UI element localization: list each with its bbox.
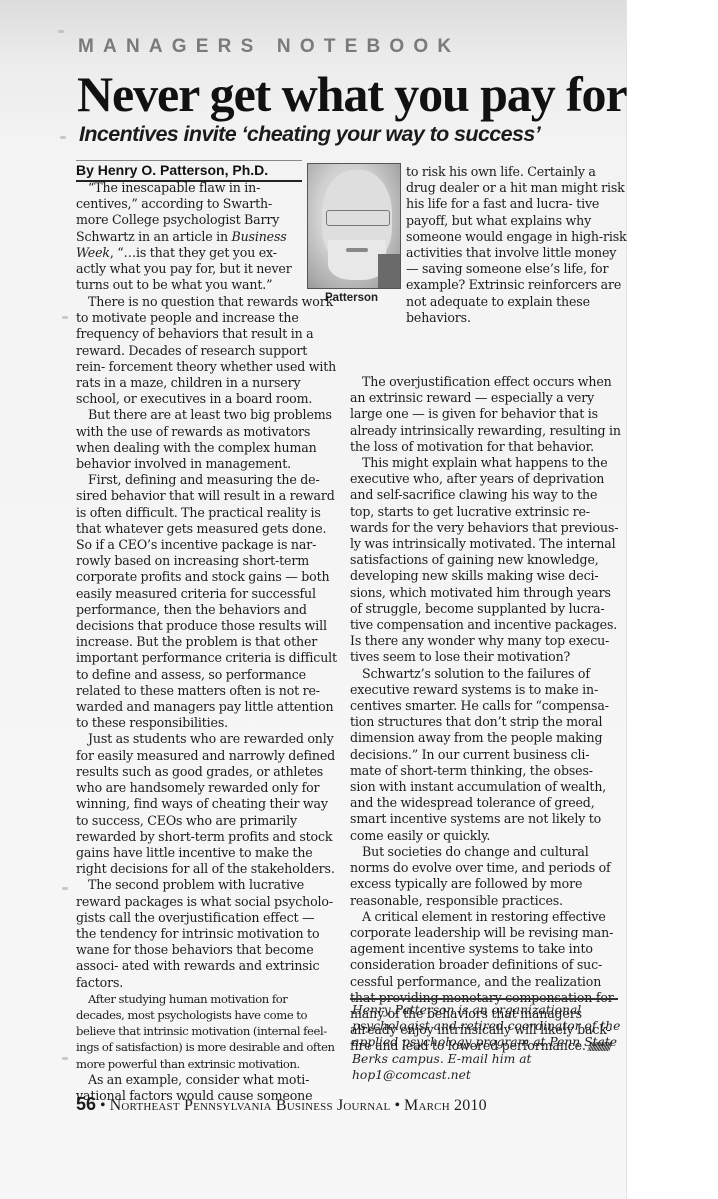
paragraph: But there are at least two big problems …	[76, 407, 338, 472]
issue-date: March 2010	[404, 1097, 487, 1114]
author-bio: Henry Patterson is an organizational psy…	[352, 1002, 622, 1083]
photo-mouth-shape	[346, 248, 368, 252]
article-deck: Incentives invite ‘cheating your way to …	[79, 122, 540, 147]
paragraph: The overjustification effect occurs when…	[350, 374, 622, 455]
newspaper-clipping: MANAGERS NOTEBOOK Never get what you pay…	[0, 0, 627, 1199]
paragraph: After studying human motivation for deca…	[76, 991, 338, 1072]
scan-speck	[62, 316, 68, 319]
paragraph: to risk his own life. Certainly a drug d…	[406, 164, 628, 326]
publication-title: Northeast Pennsylvania Business Journal	[110, 1097, 391, 1114]
byline-top-rule	[76, 160, 302, 161]
paragraph: This might explain what happens to the e…	[350, 455, 622, 666]
photo-glasses-shape	[326, 210, 390, 226]
article-headline: Never get what you pay for	[77, 68, 627, 120]
footer-separator: •	[394, 1097, 400, 1114]
paragraph: But societies do change and cultural nor…	[350, 844, 622, 909]
paragraph: Schwartz’s solution to the failures of e…	[350, 666, 622, 844]
footer-separator: •	[100, 1097, 106, 1114]
author-photo	[307, 163, 401, 289]
right-column-top: to risk his own life. Certainly a drug d…	[406, 164, 628, 326]
section-kicker: MANAGERS NOTEBOOK	[78, 36, 460, 58]
scan-speck	[62, 1057, 68, 1060]
bio-rule	[350, 998, 618, 1000]
scan-speck	[62, 887, 68, 890]
paragraph: Just as students who are rewarded only f…	[76, 731, 338, 877]
paragraph: First, defining and measuring the de- si…	[76, 472, 338, 731]
paragraph: The second problem with lucrative reward…	[76, 877, 338, 990]
left-column: There is no question that rewards work t…	[76, 294, 338, 1104]
paragraph: There is no question that rewards work t…	[76, 294, 338, 407]
article-byline: By Henry O. Patterson, Ph.D.	[76, 162, 302, 182]
scan-speck	[60, 136, 66, 139]
paragraph: “The inescapable flaw in in- centives,” …	[76, 180, 304, 293]
left-column-top: “The inescapable flaw in in- centives,” …	[76, 180, 304, 293]
scan-speck	[58, 30, 64, 33]
photo-shoulder-shape	[378, 254, 401, 289]
page-footer: 56 • Northeast Pennsylvania Business Jou…	[76, 1094, 487, 1115]
right-column: The overjustification effect occurs when…	[350, 374, 622, 1055]
page-number: 56	[76, 1094, 96, 1114]
